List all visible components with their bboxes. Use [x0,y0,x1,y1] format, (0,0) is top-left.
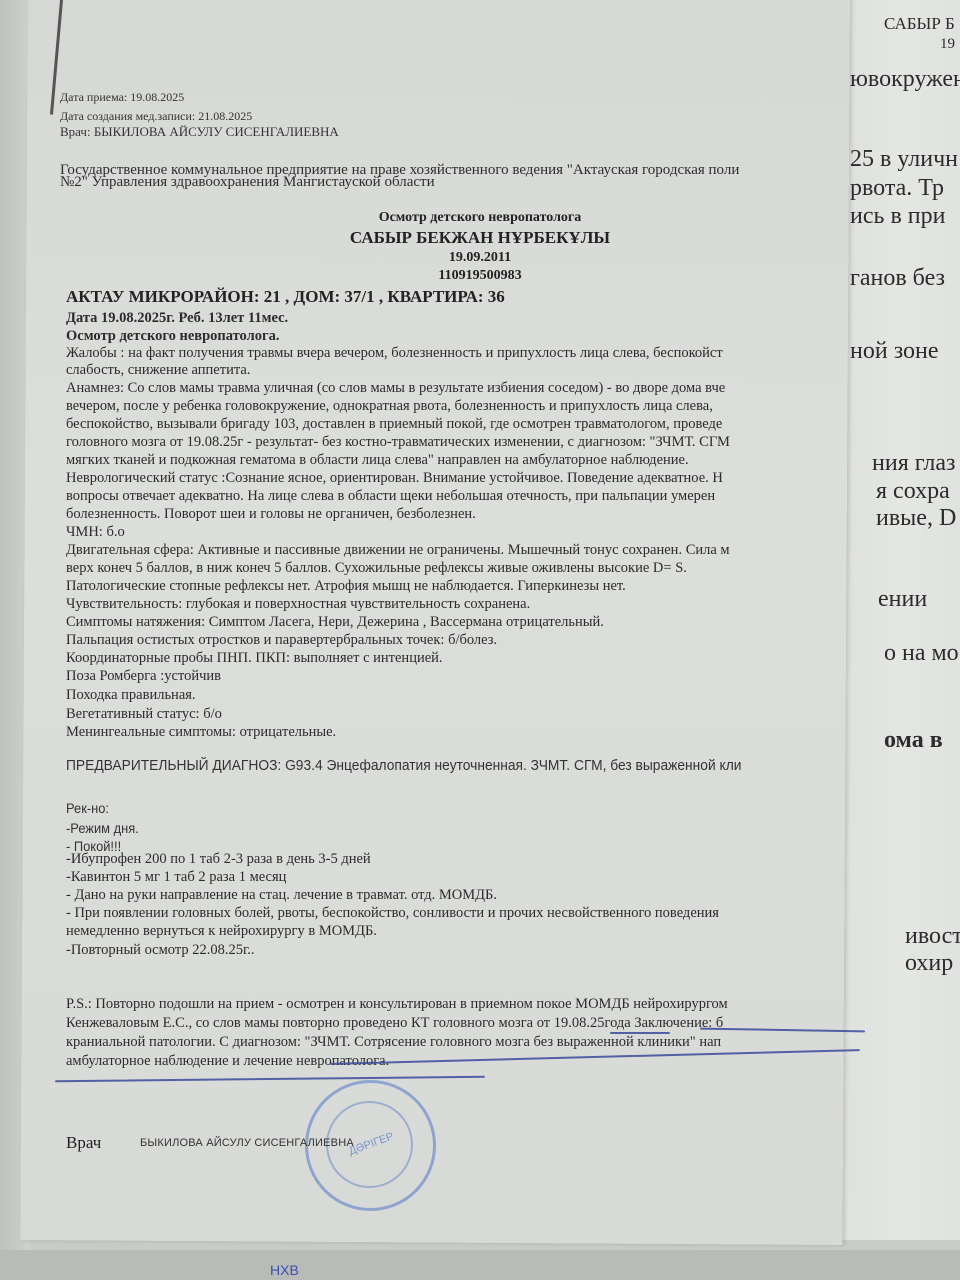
exam-line: головного мозга от 19.08.25г - результат… [66,434,846,451]
patient-iin: 110919500983 [0,268,960,284]
recommendation-item: -Повторный осмотр 22.08.25г.. [66,942,846,959]
bg-line: ома в [884,727,943,754]
exam-line: Двигательная сфера: Активные и пассивные… [66,542,846,559]
bg-line: рвота. Тр [850,175,944,202]
recommendation-item: - При появлении головных болей, рвоты, б… [66,905,846,922]
bg-line: 25 в уличн [850,146,958,173]
exam-line: Координаторные пробы ПНП. ПКП: выполняет… [66,650,846,667]
lower-paper-edge [0,1250,960,1280]
exam-line: Пальпация остистых отростков и параверте… [66,632,846,649]
bottom-fragment-text: НХВ [270,1262,299,1278]
bg-line: о на мо [884,640,959,667]
exam-line: Неврологический статус :Сознание ясное, … [66,470,846,487]
preliminary-diagnosis: ПРЕДВАРИТЕЛЬНЫЙ ДИАГНОЗ: G93.4 Энцефалоп… [66,757,784,774]
exam-date-line: Дата 19.08.2025г. Реб. 13лет 11мес. [66,310,846,327]
exam-line: мягких тканей и подкожная гематома в обл… [66,452,846,469]
bg-line: САБЫР Б [884,14,955,34]
header-doctor: Врач: БЫКИЛОВА АЙСУЛУ СИСЕНГАЛИЕВНА [60,124,339,140]
exam-line: ЧМН: б.о [66,524,846,541]
recommendation-item: немедленно вернуться к нейрохирургу в МО… [66,923,846,940]
exam-line: Чувствительность: глубокая и поверхностн… [66,596,846,613]
bg-line: ния глаз [872,450,955,477]
exam-line: Походка правильная. [66,687,846,704]
exam-title: Осмотр детского невропатолога [0,210,960,226]
recommendation-item: - Дано на руки направление на стац. лече… [66,887,846,904]
bg-line: ении [878,586,927,613]
bg-line: я сохра [876,478,950,505]
patient-name: САБЫР БЕКЖАН НҰРБЕКҰЛЫ [0,228,960,248]
exam-line: Поза Ромберга :устойчив [66,668,846,685]
bg-line: ювокружен [850,66,960,93]
exam-line: вопросы отвечает адекватно. На лице слев… [66,488,846,505]
exam-line: Менингеальные симптомы: отрицательные. [66,724,846,741]
postscript-line: краниальной патологии. С диагнозом: "ЗЧМ… [66,1034,856,1051]
record-created-date: Дата создания мед.записи: 21.08.2025 [60,109,252,124]
patient-address: АКТАУ МИКРОРАЙОН: 21 , ДОМ: 37/1 , КВАРТ… [66,287,505,307]
postscript-line: P.S.: Повторно подошли на прием - осмотр… [66,996,856,1013]
exam-line: Вегетативный статус: б/о [66,706,846,723]
ink-underline [610,1032,670,1034]
bg-line: ивые, D [876,505,956,532]
recommendation-item: -Кавинтон 5 мг 1 таб 2 раза 1 месяц [66,869,846,886]
exam-line: Патологические стопные рефлексы нет. Атр… [66,578,846,595]
exam-line: Анамнез: Со слов мамы травма уличная (со… [66,380,846,397]
exam-line: Жалобы : на факт получения травмы вчера … [66,345,846,362]
signature-doctor-name: БЫКИЛОВА АЙСУЛУ СИСЕНГАЛИЕВНА [140,1137,354,1149]
bg-line: ной зоне [850,338,939,365]
exam-line: верх конеч 5 баллов, в ниж конеч 5 балло… [66,560,846,577]
bg-line: 19 [940,36,955,53]
exam-line: Симптомы натяжения: Симптом Ласега, Нери… [66,614,846,631]
birth-date: 19.09.2011 [0,250,960,266]
signature-label: Врач [66,1133,101,1153]
exam-line: слабость, снижение аппетита. [66,362,846,379]
organization-line-2: №2" Управления здравоохранения Мангистау… [60,172,840,192]
exam-line: беспокойство, вызывали бригаду 103, дост… [66,416,846,433]
recommendations-title: Рек-но: [66,800,784,816]
exam-subtitle: Осмотр детского невропатолога. [66,328,846,345]
recommendation-item: -Режим дня. [66,820,784,836]
bg-line: ивост [905,923,960,950]
date-received: Дата приема: 19.08.2025 [60,90,184,105]
bg-line: охир [905,950,953,977]
exam-line: болезненность. Поворот шеи и головы не о… [66,506,846,523]
exam-line: вечером, после у ребенка головокружение,… [66,398,846,415]
recommendation-item: -Ибупрофен 200 по 1 таб 2-3 раза в день … [66,851,846,868]
